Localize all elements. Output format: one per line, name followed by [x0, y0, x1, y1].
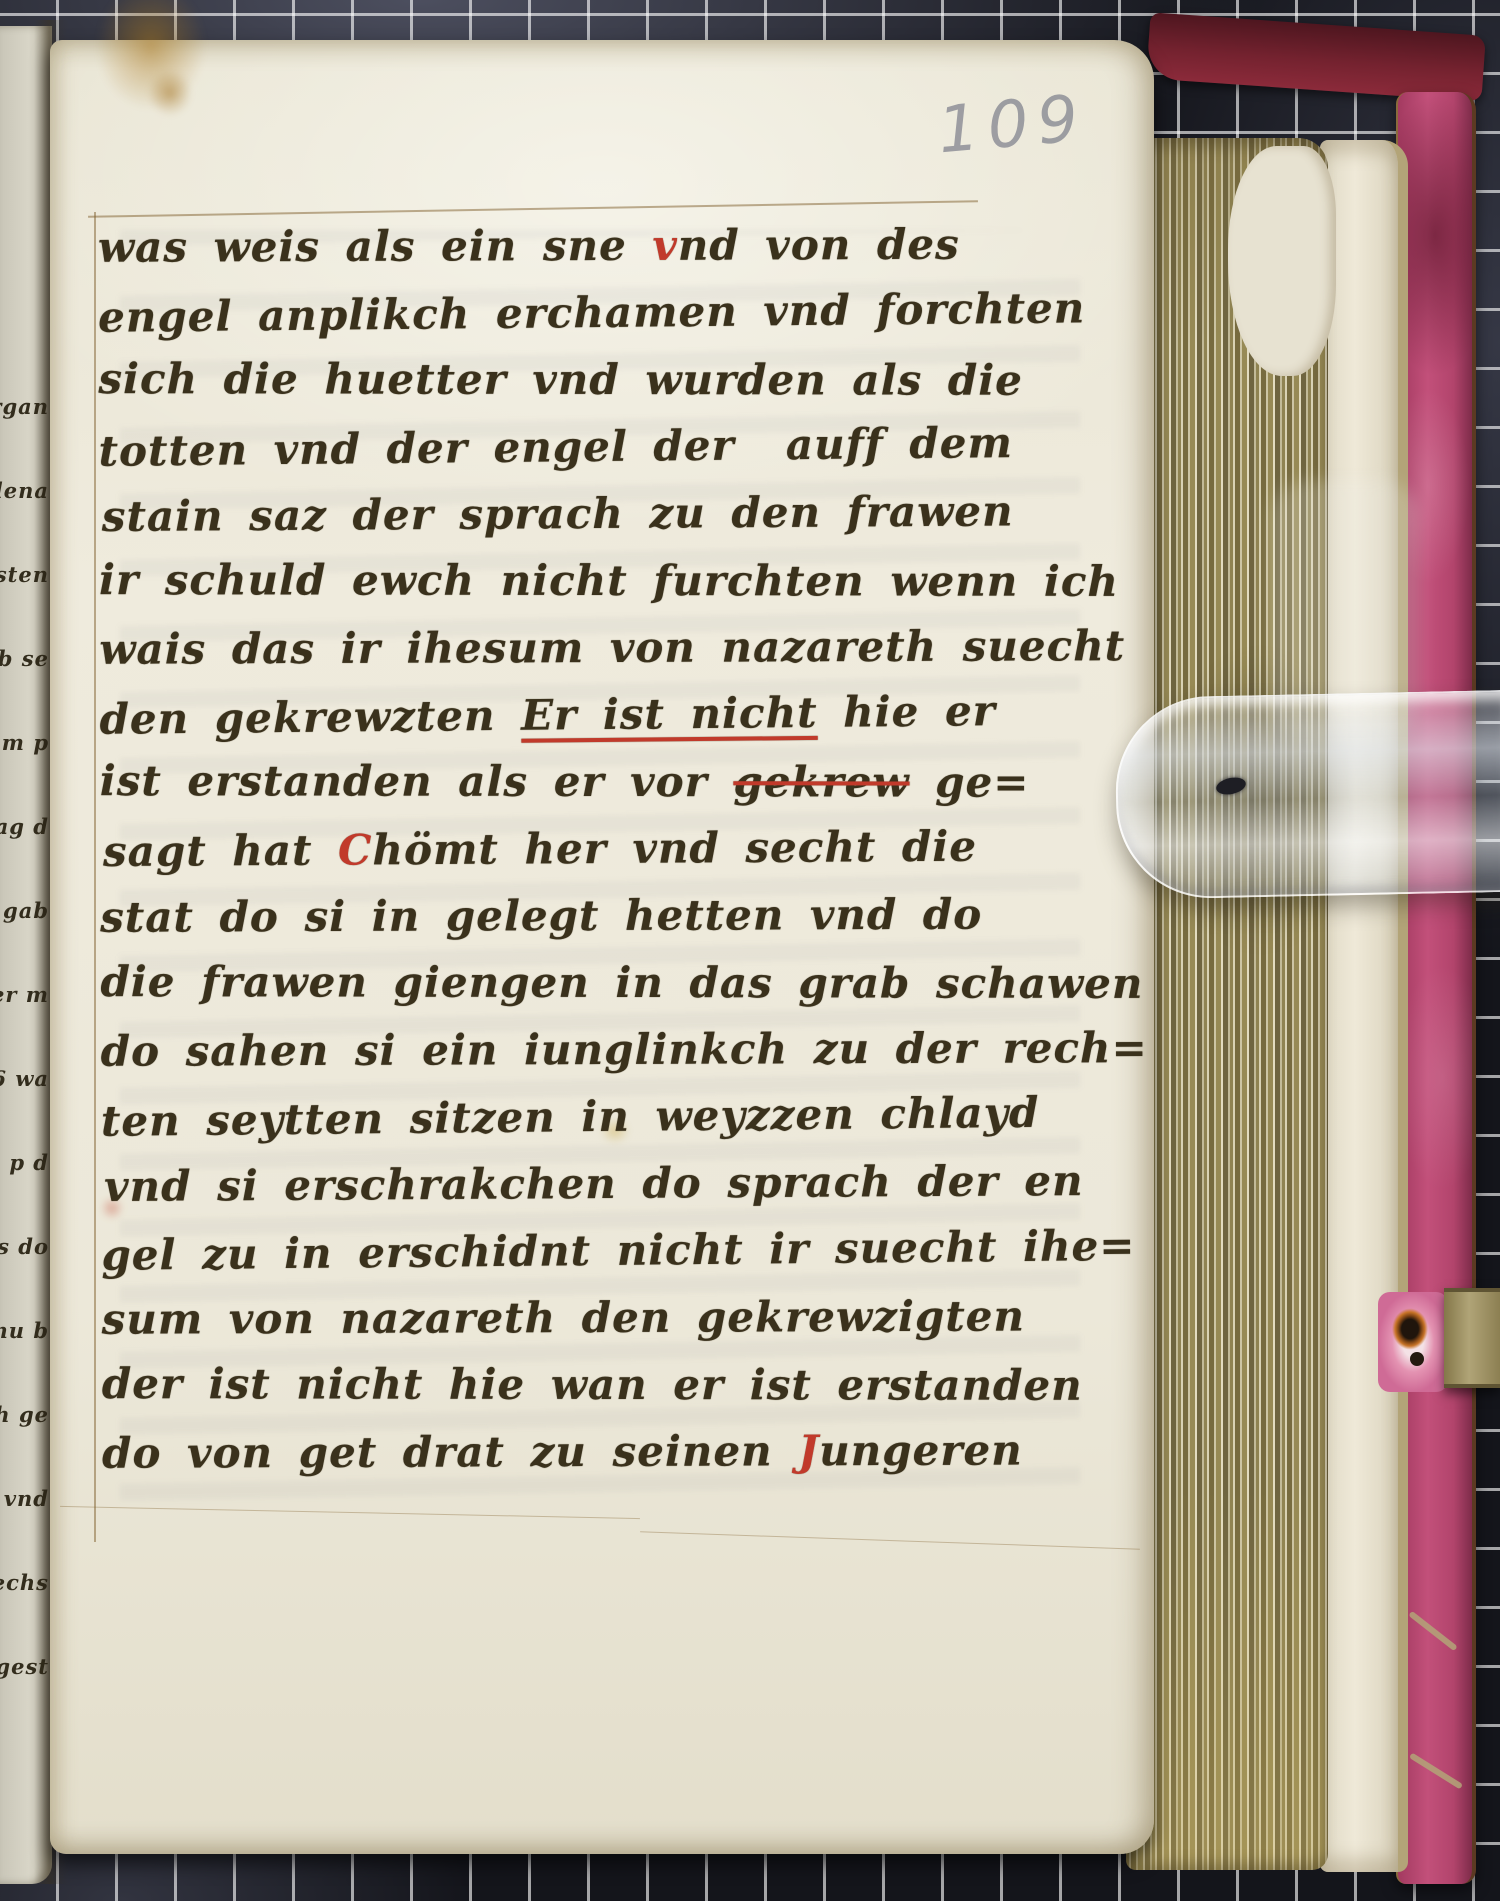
manuscript-text: den gekrewzten: [99, 691, 521, 744]
plastic-page-holder: [1114, 690, 1500, 900]
manuscript-text: der ist nicht hie wan er ist erstanden: [102, 1359, 1083, 1410]
manuscript-text: do von get drat zu seinen: [102, 1426, 798, 1477]
book-cover-fore-edge-velvet: [1396, 92, 1476, 1884]
manuscript-line: stain saz der sprach zu den frawen: [102, 477, 1102, 550]
manuscript-line: wais das ir ihesum von nazareth suecht: [99, 612, 1099, 682]
manuscript-line: do von get drat zu seinen Jungeren: [102, 1416, 1102, 1486]
manuscript-text: sum von nazareth den gekrewzigten: [102, 1292, 1025, 1344]
manuscript-line: totten vnd der engel der auff dem: [98, 408, 1099, 485]
endleaf-edge: [1320, 140, 1408, 1872]
manuscript-rubricated-text: Er ist nicht: [521, 688, 818, 740]
manuscript-text: was weis als ein sne: [98, 221, 653, 272]
manuscript-text: totten vnd der engel der auff dem: [98, 418, 1013, 476]
clasp-nail: [1410, 1352, 1424, 1366]
book-cover-top-edge: [1146, 12, 1486, 101]
manuscript-text: ungeren: [819, 1426, 1023, 1476]
manuscript-line: ist erstanden als er vor gekrew ge=: [100, 747, 1100, 816]
manuscript-line: den gekrewzten Er ist nicht hie er: [99, 676, 1100, 753]
manuscript-rubricated-text: v: [652, 221, 678, 270]
manuscript-line: do sahen si ein iunglinkch zu der rech=: [101, 1014, 1101, 1084]
manuscript-rubricated-text: C: [338, 825, 373, 874]
manuscript-text: wais das ir ihesum von nazareth suecht: [99, 621, 1125, 674]
calibration-grid-background: ergandalenaawstenseb seestim pntag ds ga…: [0, 0, 1500, 1901]
manuscript-line: sich die huetter vnd wurden als die: [98, 345, 1098, 414]
manuscript-text: stat do si in gelegt hetten vnd do: [100, 890, 982, 942]
folio-number: 109: [935, 82, 1090, 169]
manuscript-line: gel zu in erschidnt nicht ir suecht ihe=: [101, 1212, 1102, 1289]
manuscript-line: vnd si erschrakchen do sprach der en: [104, 1147, 1104, 1220]
text-block-fore-edge: [1126, 138, 1328, 1870]
manuscript-text: gel zu in erschidnt nicht ir suecht ihe=: [101, 1221, 1135, 1280]
manuscript-line: der ist nicht hie wan er ist erstanden: [102, 1350, 1102, 1419]
manuscript-line: sum von nazareth den gekrewzigten: [102, 1282, 1102, 1352]
manuscript-line: ir schuld ewch nicht furchten wenn ich: [99, 546, 1099, 615]
ruling-line-left: [94, 212, 96, 1542]
manuscript-text: ir schuld ewch nicht furchten wenn ich: [99, 555, 1119, 606]
clasp-strap: [1444, 1288, 1500, 1388]
manuscript-line: stat do si in gelegt hetten vnd do: [100, 880, 1100, 950]
clasp-hole: [1390, 1306, 1430, 1352]
manuscript-text: sich die huetter vnd wurden als die: [98, 354, 1023, 405]
manuscript-rubricated-text: gekrew: [733, 757, 909, 806]
manuscript-text: ist erstanden als er vor: [100, 756, 734, 806]
manuscript-text: sagt hat: [103, 826, 338, 876]
manuscript-text: vnd si erschrakchen do sprach der en: [104, 1156, 1084, 1211]
manuscript-line: die frawen giengen in das grab schawen: [100, 948, 1100, 1017]
fore-edge-top-pages: [1228, 146, 1336, 376]
stain: [148, 70, 192, 116]
text-block: was weis als ein sne vnd von desengel an…: [98, 210, 1102, 1486]
manuscript-text: nd von des: [678, 220, 960, 270]
manuscript-text: hömt her vnd secht die: [372, 822, 977, 875]
manuscript-text: engel anplikch erchamen vnd forchten: [98, 283, 1086, 341]
manuscript-text: ten seytten sitzen in weyzzen chlayd: [101, 1088, 1040, 1146]
manuscript-text: ge=: [910, 758, 1030, 807]
manuscript-text: die frawen giengen in das grab schawen: [100, 957, 1143, 1008]
manuscript-line: was weis als ein sne vnd von des: [98, 210, 1098, 280]
manuscript-line: engel anplikch erchamen vnd forchten: [98, 274, 1099, 351]
manuscript-line: sagt hat Chömt her vnd secht die: [103, 812, 1103, 885]
manuscript-text: stain saz der sprach zu den frawen: [102, 486, 1014, 541]
manuscript-line: ten seytten sitzen in weyzzen chlayd: [101, 1078, 1102, 1155]
manuscript-text: hie er: [817, 686, 996, 737]
manuscript-text: do sahen si ein iunglinkch zu der rech=: [101, 1023, 1148, 1076]
manuscript-rubricated-text: J: [798, 1426, 819, 1475]
